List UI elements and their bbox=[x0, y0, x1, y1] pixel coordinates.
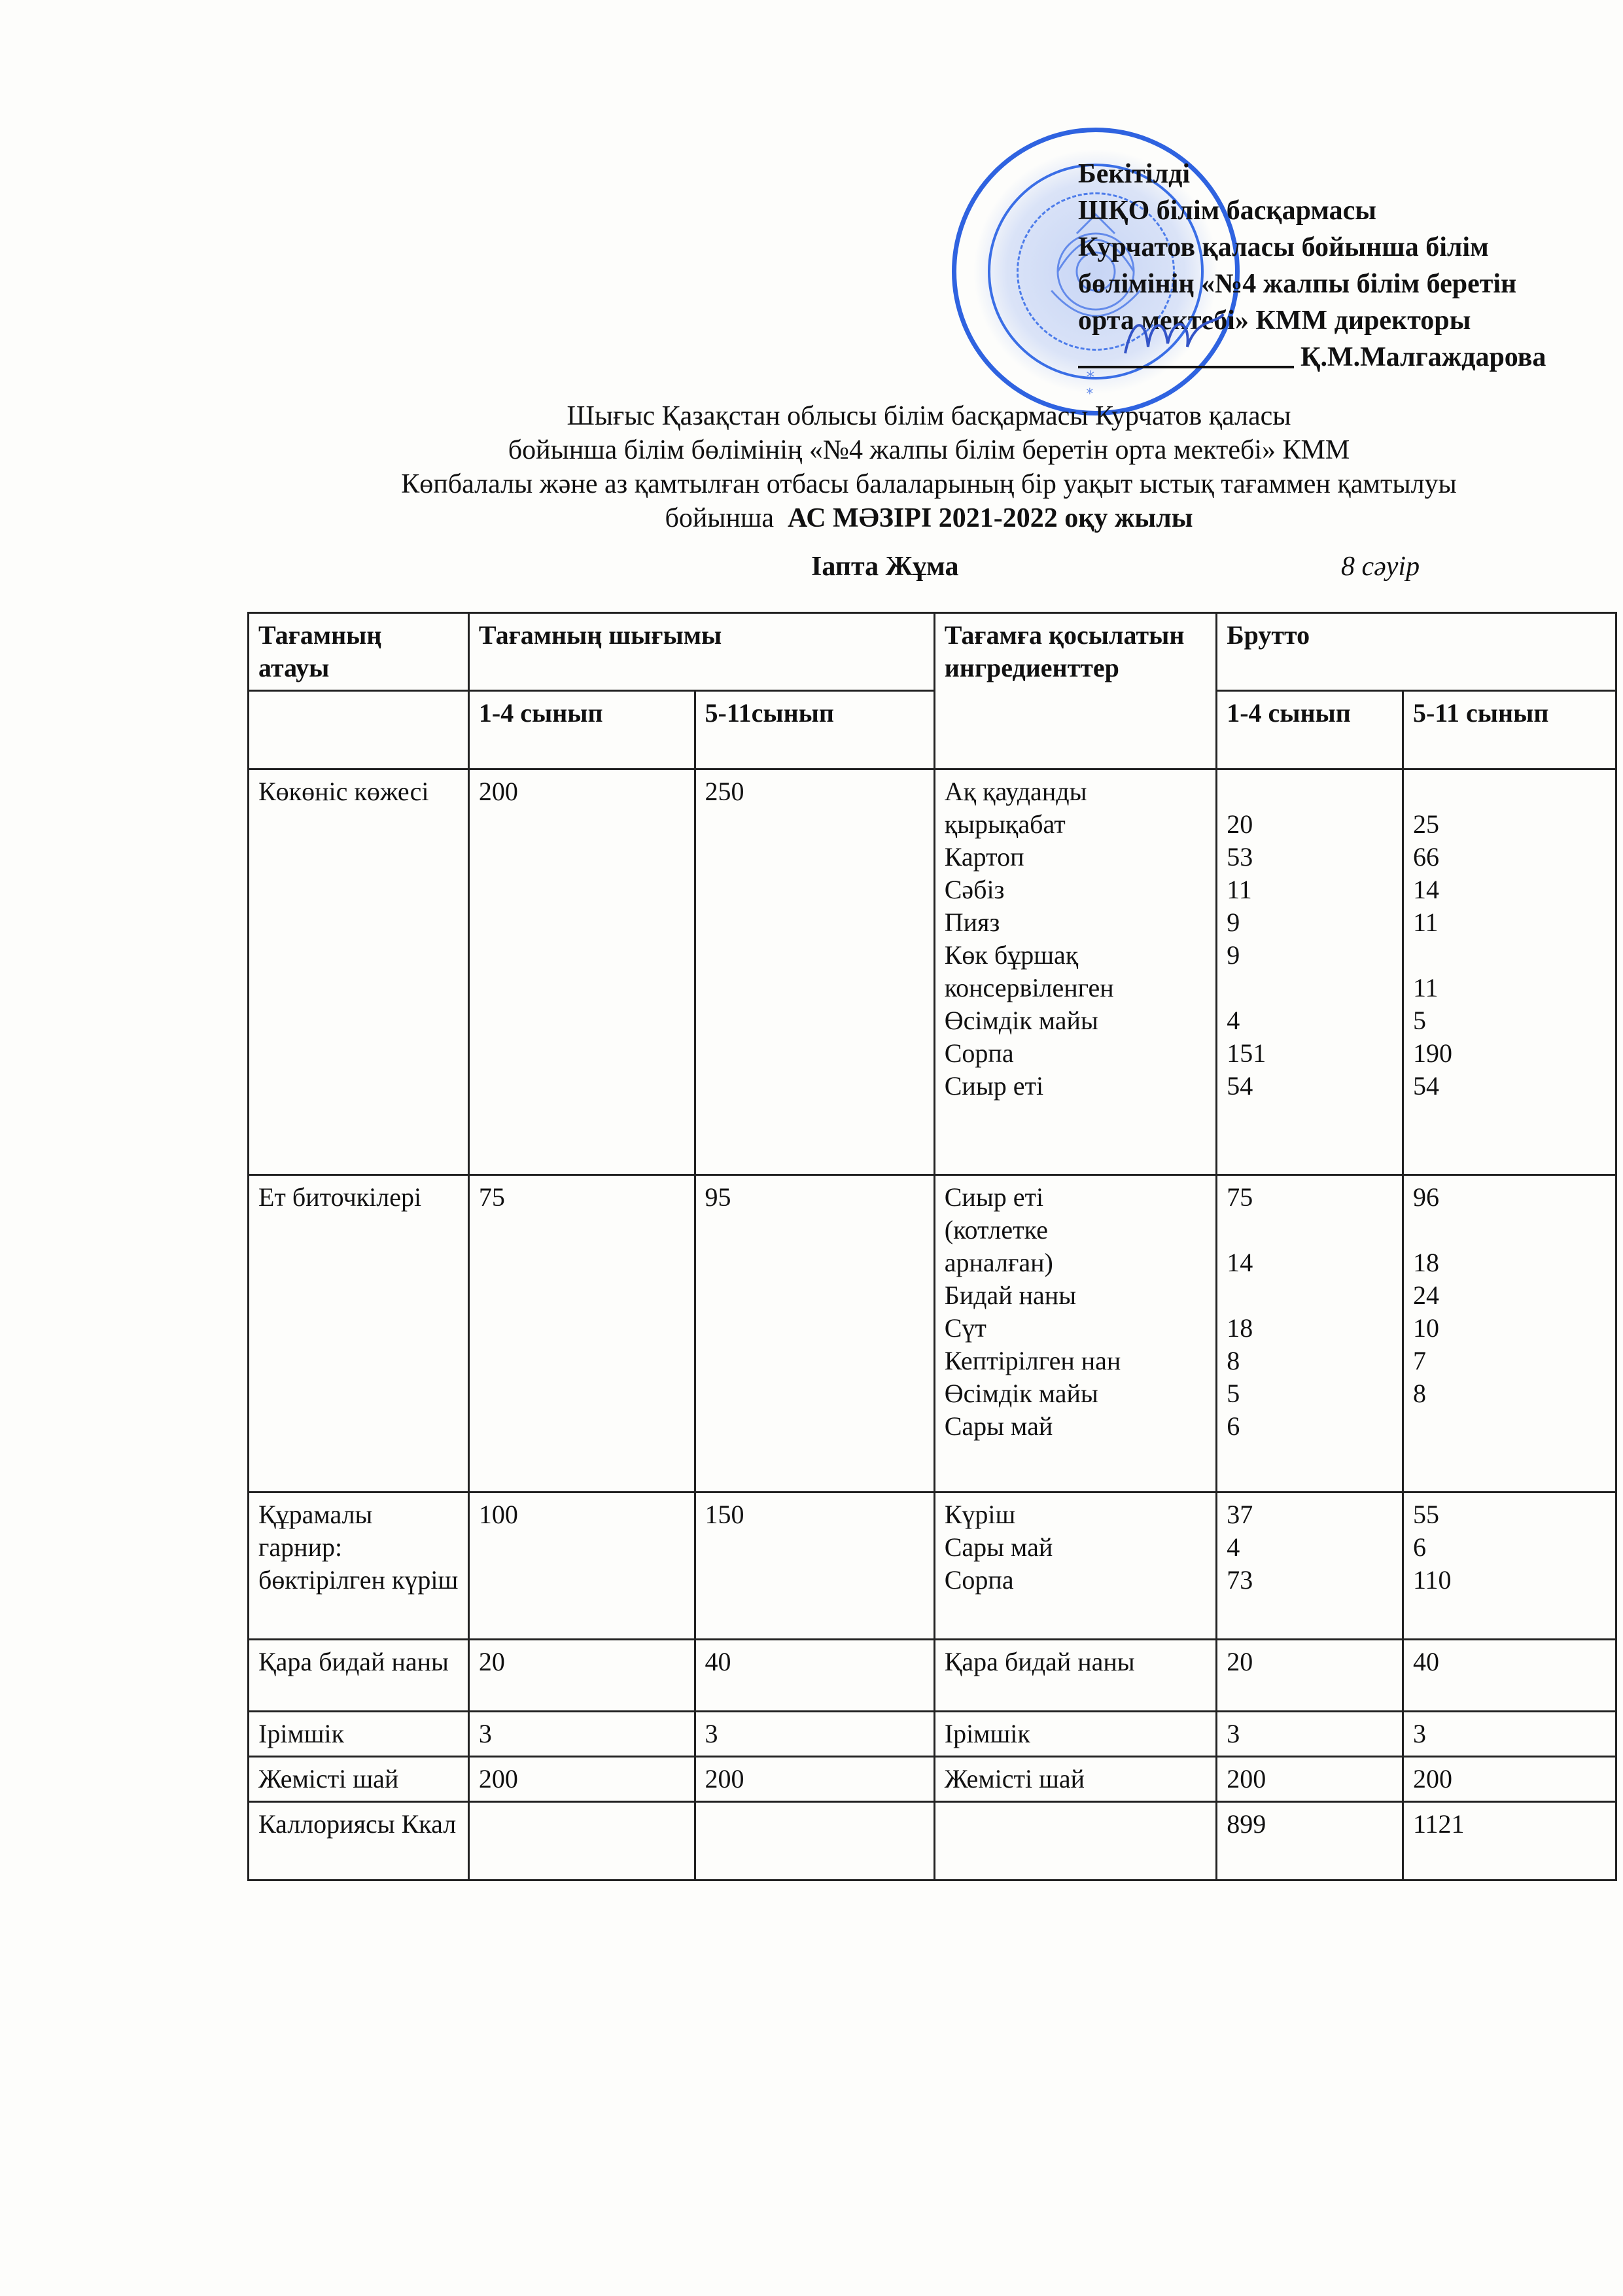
signature-line bbox=[1078, 366, 1294, 368]
document-title: Шығыс Қазақстан облысы білім басқармасы … bbox=[249, 399, 1609, 535]
brutto-value bbox=[1413, 1214, 1606, 1246]
brutto-value: 3 bbox=[1413, 1718, 1606, 1750]
ingredient-item: Ірімшік bbox=[945, 1718, 1206, 1750]
dish-name: Құрамалы гарнир: бөктірілген күріш bbox=[249, 1492, 469, 1640]
brutto-value: 8 bbox=[1413, 1377, 1606, 1410]
yield-5-11: 3 bbox=[695, 1712, 934, 1757]
yield-5-11: 150 bbox=[695, 1492, 934, 1640]
ingredient-item: қырықабат bbox=[945, 808, 1206, 841]
brutto-value: 4 bbox=[1227, 1004, 1393, 1037]
signature-icon bbox=[1119, 308, 1230, 360]
brutto-value: 54 bbox=[1227, 1070, 1393, 1103]
brutto-value: 14 bbox=[1413, 874, 1606, 906]
ingredient-item: Кептірілген нан bbox=[945, 1345, 1206, 1377]
ingredient-item: Сәбіз bbox=[945, 874, 1206, 906]
total-empty bbox=[695, 1802, 934, 1881]
brutto-value: 11 bbox=[1413, 972, 1606, 1004]
brutto-value: 40 bbox=[1413, 1646, 1606, 1678]
yield-5-11: 250 bbox=[695, 769, 934, 1175]
brutto-value: 9 bbox=[1227, 906, 1393, 939]
brutto-value: 4 bbox=[1227, 1531, 1393, 1564]
brutto-1-4-list: 37473 bbox=[1217, 1492, 1403, 1640]
brutto-value: 11 bbox=[1227, 874, 1393, 906]
dish-name: Қара бидай наны bbox=[249, 1640, 469, 1712]
yield-1-4: 20 bbox=[468, 1640, 695, 1712]
approval-line: Бекітілді bbox=[1078, 156, 1546, 192]
ingredient-item: Бидай наны bbox=[945, 1279, 1206, 1312]
yield-5-11: 200 bbox=[695, 1757, 934, 1802]
ingredient-item: Пияз bbox=[945, 906, 1206, 939]
brutto-value: 20 bbox=[1227, 808, 1393, 841]
yield-1-4: 100 bbox=[468, 1492, 695, 1640]
brutto-5-11-list: 200 bbox=[1403, 1757, 1616, 1802]
title-line-1: Шығыс Қазақстан облысы білім басқармасы … bbox=[249, 399, 1609, 433]
ingredients-list: Қара бидай наны bbox=[934, 1640, 1216, 1712]
yield-1-4: 200 bbox=[468, 769, 695, 1175]
ingredient-item: (котлетке bbox=[945, 1214, 1206, 1246]
brutto-value: 3 bbox=[1227, 1718, 1393, 1750]
brutto-value bbox=[1227, 1279, 1393, 1312]
title-line-4: бойынша АС МӘЗІРІ 2021-2022 оқу жылы bbox=[249, 501, 1609, 535]
ingredient-item: Күріш bbox=[945, 1498, 1206, 1531]
ingredient-item: Картоп bbox=[945, 841, 1206, 874]
brutto-value bbox=[1227, 972, 1393, 1004]
ingredient-item: Сиыр еті bbox=[945, 1070, 1206, 1103]
brutto-5-11-list: 556110 bbox=[1403, 1492, 1616, 1640]
menu-date: 8 сәуір bbox=[1341, 551, 1420, 582]
table-row: Құрамалы гарнир: бөктірілген күріш100150… bbox=[249, 1492, 1616, 1640]
brutto-5-11-list: 2566141111519054 bbox=[1403, 769, 1616, 1175]
signatory-name: Қ.М.Малгаждарова bbox=[1300, 342, 1546, 372]
header-brutto-1-4: 1-4 сынып bbox=[1217, 691, 1403, 769]
header-empty bbox=[249, 691, 469, 769]
ingredient-item: Өсімдік майы bbox=[945, 1004, 1206, 1037]
brutto-value: 20 bbox=[1227, 1646, 1393, 1678]
brutto-value: 110 bbox=[1413, 1564, 1606, 1597]
brutto-value bbox=[1413, 775, 1606, 808]
header-dish-name: Тағамның атауы bbox=[249, 613, 469, 691]
title-line-4-prefix: бойынша bbox=[665, 503, 774, 533]
brutto-value: 24 bbox=[1413, 1279, 1606, 1312]
brutto-value: 73 bbox=[1227, 1564, 1393, 1597]
brutto-value: 55 bbox=[1413, 1498, 1606, 1531]
ingredient-item: арналған) bbox=[945, 1246, 1206, 1279]
header-yield-5-11: 5-11сынып bbox=[695, 691, 934, 769]
table-row: Көкөніс көжесі200250Ақ қаудандықырықабат… bbox=[249, 769, 1616, 1175]
header-brutto-5-11: 5-11 сынып bbox=[1403, 691, 1616, 769]
brutto-value: 54 bbox=[1413, 1070, 1606, 1103]
ingredients-list: Сиыр еті(котлеткеарналған)Бидай наныСүтК… bbox=[934, 1175, 1216, 1492]
brutto-value: 6 bbox=[1413, 1531, 1606, 1564]
yield-5-11: 95 bbox=[695, 1175, 934, 1492]
brutto-value: 96 bbox=[1413, 1181, 1606, 1214]
brutto-value: 37 bbox=[1227, 1498, 1393, 1531]
yield-1-4: 3 bbox=[468, 1712, 695, 1757]
yield-1-4: 75 bbox=[468, 1175, 695, 1492]
ingredient-item: Сары май bbox=[945, 1531, 1206, 1564]
dish-name: Жемісті шай bbox=[249, 1757, 469, 1802]
brutto-value: 9 bbox=[1227, 939, 1393, 972]
brutto-value: 6 bbox=[1227, 1410, 1393, 1443]
ingredients-list: Ірімшік bbox=[934, 1712, 1216, 1757]
brutto-value: 18 bbox=[1413, 1246, 1606, 1279]
brutto-value: 200 bbox=[1413, 1763, 1606, 1795]
ingredient-item: Ақ қауданды bbox=[945, 775, 1206, 808]
approval-line: ШҚО білім басқармасы bbox=[1078, 192, 1546, 229]
ingredient-item: Сорпа bbox=[945, 1037, 1206, 1070]
brutto-value: 11 bbox=[1413, 906, 1606, 939]
brutto-value: 8 bbox=[1227, 1345, 1393, 1377]
ingredient-item: Жемісті шай bbox=[945, 1763, 1206, 1795]
brutto-value: 10 bbox=[1413, 1312, 1606, 1345]
yield-1-4: 200 bbox=[468, 1757, 695, 1802]
brutto-value bbox=[1227, 1214, 1393, 1246]
table-row: Ірімшік33Ірімшік33 bbox=[249, 1712, 1616, 1757]
header-brutto: Брутто bbox=[1217, 613, 1616, 691]
week-day: Іапта Жұма bbox=[811, 551, 958, 582]
ingredient-item: Сүт bbox=[945, 1312, 1206, 1345]
brutto-value bbox=[1413, 939, 1606, 972]
brutto-value: 190 bbox=[1413, 1037, 1606, 1070]
approval-line: Курчатов қаласы бойынша білім bbox=[1078, 229, 1546, 266]
title-line-2: бойынша білім бөлімінің «№4 жалпы білім … bbox=[249, 433, 1609, 467]
ingredients-list: Ақ қаудандықырықабатКартопСәбізПиязКөк б… bbox=[934, 769, 1216, 1175]
brutto-value: 5 bbox=[1227, 1377, 1393, 1410]
total-kcal-1-4: 899 bbox=[1217, 1802, 1403, 1881]
ingredient-item: Сиыр еті bbox=[945, 1181, 1206, 1214]
brutto-value bbox=[1227, 775, 1393, 808]
ingredient-item: Қара бидай наны bbox=[945, 1646, 1206, 1678]
brutto-1-4-list: 751418856 bbox=[1217, 1175, 1403, 1492]
brutto-value: 200 bbox=[1227, 1763, 1393, 1795]
brutto-1-4-list: 3 bbox=[1217, 1712, 1403, 1757]
brutto-value: 25 bbox=[1413, 808, 1606, 841]
brutto-1-4-list: 20531199415154 bbox=[1217, 769, 1403, 1175]
ingredient-item: Сары май bbox=[945, 1410, 1206, 1443]
table-row: Ет биточкілері7595Сиыр еті(котлеткеарнал… bbox=[249, 1175, 1616, 1492]
dish-name: Ет биточкілері bbox=[249, 1175, 469, 1492]
total-label: Каллориясы Ккал bbox=[249, 1802, 469, 1881]
yield-5-11: 40 bbox=[695, 1640, 934, 1712]
total-empty bbox=[934, 1802, 1216, 1881]
ingredient-item: консервіленген bbox=[945, 972, 1206, 1004]
total-kcal-5-11: 1121 bbox=[1403, 1802, 1616, 1881]
brutto-1-4-list: 200 bbox=[1217, 1757, 1403, 1802]
brutto-value: 18 bbox=[1227, 1312, 1393, 1345]
brutto-5-11-list: 40 bbox=[1403, 1640, 1616, 1712]
brutto-5-11-list: 9618241078 bbox=[1403, 1175, 1616, 1492]
brutto-1-4-list: 20 bbox=[1217, 1640, 1403, 1712]
brutto-value: 7 bbox=[1413, 1345, 1606, 1377]
title-line-3: Көпбалалы және аз қамтылған отбасы балал… bbox=[249, 467, 1609, 501]
header-dish-yield: Тағамның шығымы bbox=[468, 613, 934, 691]
ingredient-item: Көк бұршақ bbox=[945, 939, 1206, 972]
menu-table: Тағамның атауы Тағамның шығымы Тағамға қ… bbox=[247, 612, 1617, 1881]
brutto-value: 5 bbox=[1413, 1004, 1606, 1037]
header-yield-1-4: 1-4 сынып bbox=[468, 691, 695, 769]
header-ingredients: Тағамға қосылатын ингредиенттер bbox=[934, 613, 1216, 769]
brutto-value: 75 bbox=[1227, 1181, 1393, 1214]
brutto-value: 53 bbox=[1227, 841, 1393, 874]
total-empty bbox=[468, 1802, 695, 1881]
ingredients-list: Жемісті шай bbox=[934, 1757, 1216, 1802]
dish-name: Ірімшік bbox=[249, 1712, 469, 1757]
table-row: Жемісті шай200200Жемісті шай200200 bbox=[249, 1757, 1616, 1802]
ingredients-list: КүрішСары майСорпа bbox=[934, 1492, 1216, 1640]
total-row: Каллориясы Ккал8991121 bbox=[249, 1802, 1616, 1881]
menu-title: АС МӘЗІРІ 2021-2022 оқу жылы bbox=[788, 503, 1193, 533]
table-row: Қара бидай наны2040Қара бидай наны2040 bbox=[249, 1640, 1616, 1712]
ingredient-item: Сорпа bbox=[945, 1564, 1206, 1597]
ingredient-item: Өсімдік майы bbox=[945, 1377, 1206, 1410]
brutto-value bbox=[1413, 1410, 1606, 1443]
brutto-value: 14 bbox=[1227, 1246, 1393, 1279]
dish-name: Көкөніс көжесі bbox=[249, 769, 469, 1175]
approval-line: бөлімінің «№4 жалпы білім беретін bbox=[1078, 266, 1546, 302]
brutto-5-11-list: 3 bbox=[1403, 1712, 1616, 1757]
brutto-value: 66 bbox=[1413, 841, 1606, 874]
brutto-value: 151 bbox=[1227, 1037, 1393, 1070]
